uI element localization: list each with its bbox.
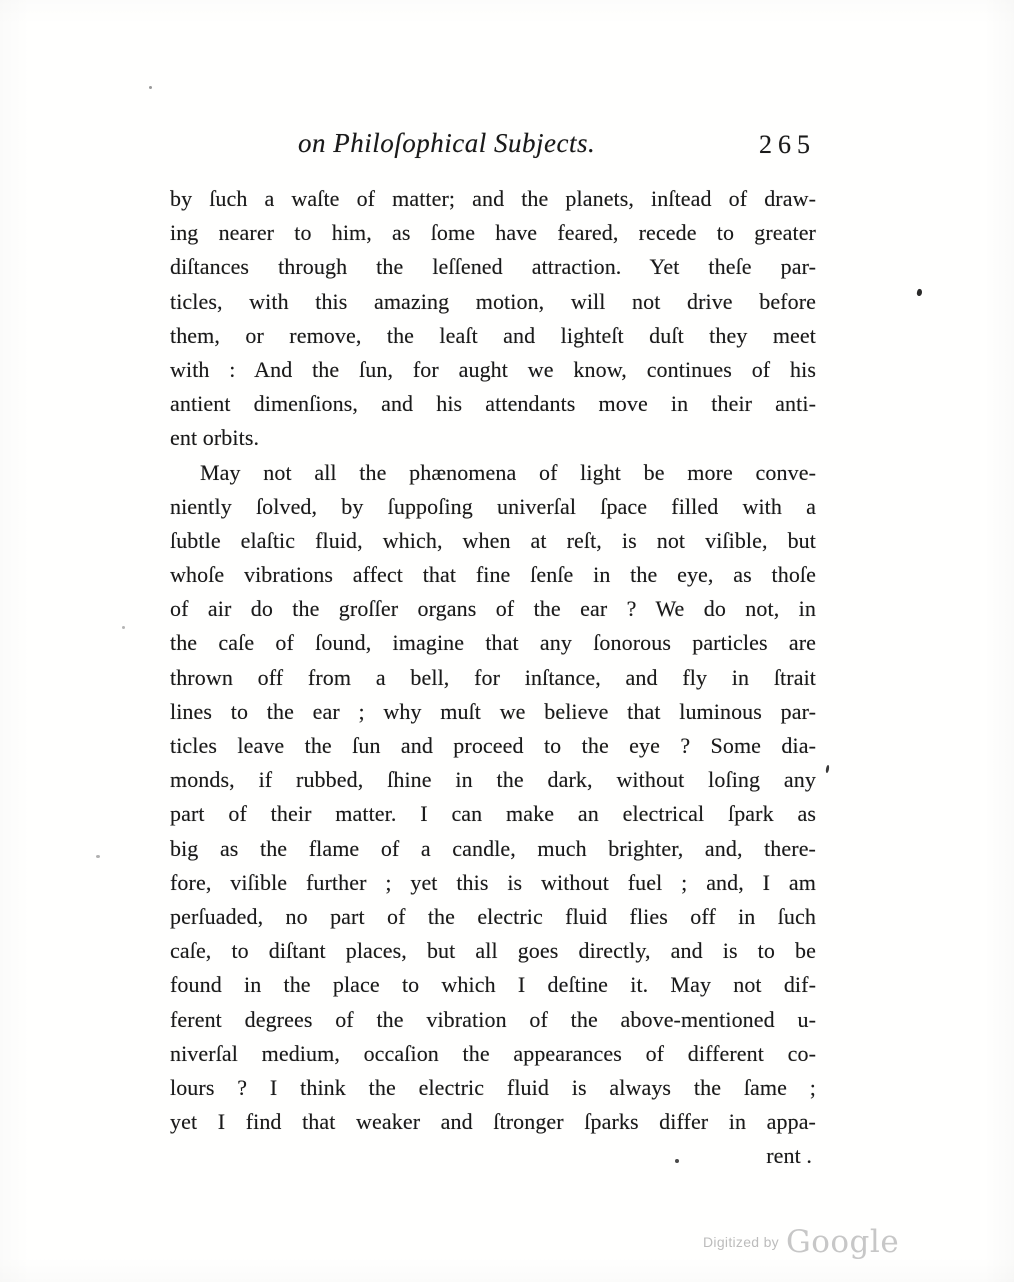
text-line: ferent degrees of the vibration of the a… xyxy=(170,1003,816,1037)
scan-speck xyxy=(916,288,923,296)
text-line: with : And the ſun, for aught we know, c… xyxy=(170,353,816,387)
scan-speck xyxy=(825,765,829,773)
text-line: lines to the ear ; why muſt we believe t… xyxy=(170,695,816,729)
text-line: antient dimenſions, and his attendants m… xyxy=(170,387,816,421)
text-line: big as the flame of a candle, much brigh… xyxy=(170,832,816,866)
text-line: part of their matter. I can make an elec… xyxy=(170,797,816,831)
catchword: rent . xyxy=(170,1139,816,1173)
text-line: ticles, with this amazing motion, will n… xyxy=(170,285,816,319)
text-line: niently ſolved, by ſuppoſing univerſal ſ… xyxy=(170,490,816,524)
text-line: them, or remove, the leaſt and lighteſt … xyxy=(170,319,816,353)
text-line: by ſuch a waſte of matter; and the plane… xyxy=(170,182,816,216)
page-header-title: on Philoſophical Subjects. xyxy=(298,128,595,159)
text-line: of air do the groſſer organs of the ear … xyxy=(170,592,816,626)
scan-speck xyxy=(96,855,100,858)
text-line: the caſe of ſound, imagine that any ſono… xyxy=(170,626,816,660)
text-line: lours ? I think the electric fluid is al… xyxy=(170,1071,816,1105)
google-logo: Google xyxy=(786,1224,899,1260)
text-line: ent orbits. xyxy=(170,421,816,455)
running-header: on Philoſophical Subjects. 265 xyxy=(170,128,816,170)
text-line: fore, viſible further ; yet this is with… xyxy=(170,866,816,900)
scan-speck xyxy=(675,1159,679,1163)
scan-speck xyxy=(122,626,125,629)
text-line: ſubtle elaſtic fluid, which, when at reſ… xyxy=(170,524,816,558)
text-line: May not all the phænomena of light be mo… xyxy=(170,456,816,490)
text-line: ticles leave the ſun and proceed to the … xyxy=(170,729,816,763)
scan-speck xyxy=(149,86,152,89)
text-line: caſe, to diſtant places, but all goes di… xyxy=(170,934,816,968)
text-line: found in the place to which I deſtine it… xyxy=(170,968,816,1002)
digitized-by-google-watermark: Digitized by Google xyxy=(703,1224,899,1260)
text-line: ing nearer to him, as ſome have feared, … xyxy=(170,216,816,250)
body-text: by ſuch a waſte of matter; and the plane… xyxy=(170,182,816,1173)
text-line: diſtances through the leſſened attractio… xyxy=(170,250,816,284)
digitized-by-text: Digitized by xyxy=(703,1234,779,1250)
text-line: monds, if rubbed, ſhine in the dark, wit… xyxy=(170,763,816,797)
page-number: 265 xyxy=(759,130,816,160)
text-line: yet I find that weaker and ſtronger ſpar… xyxy=(170,1105,816,1139)
text-line: niverſal medium, occaſion the appearance… xyxy=(170,1037,816,1071)
text-line: perſuaded, no part of the electric fluid… xyxy=(170,900,816,934)
book-page-scan: on Philoſophical Subjects. 265 by ſuch a… xyxy=(0,0,1014,1282)
text-line: thrown off from a bell, for inſtance, an… xyxy=(170,661,816,695)
text-line: whoſe vibrations affect that fine ſenſe … xyxy=(170,558,816,592)
